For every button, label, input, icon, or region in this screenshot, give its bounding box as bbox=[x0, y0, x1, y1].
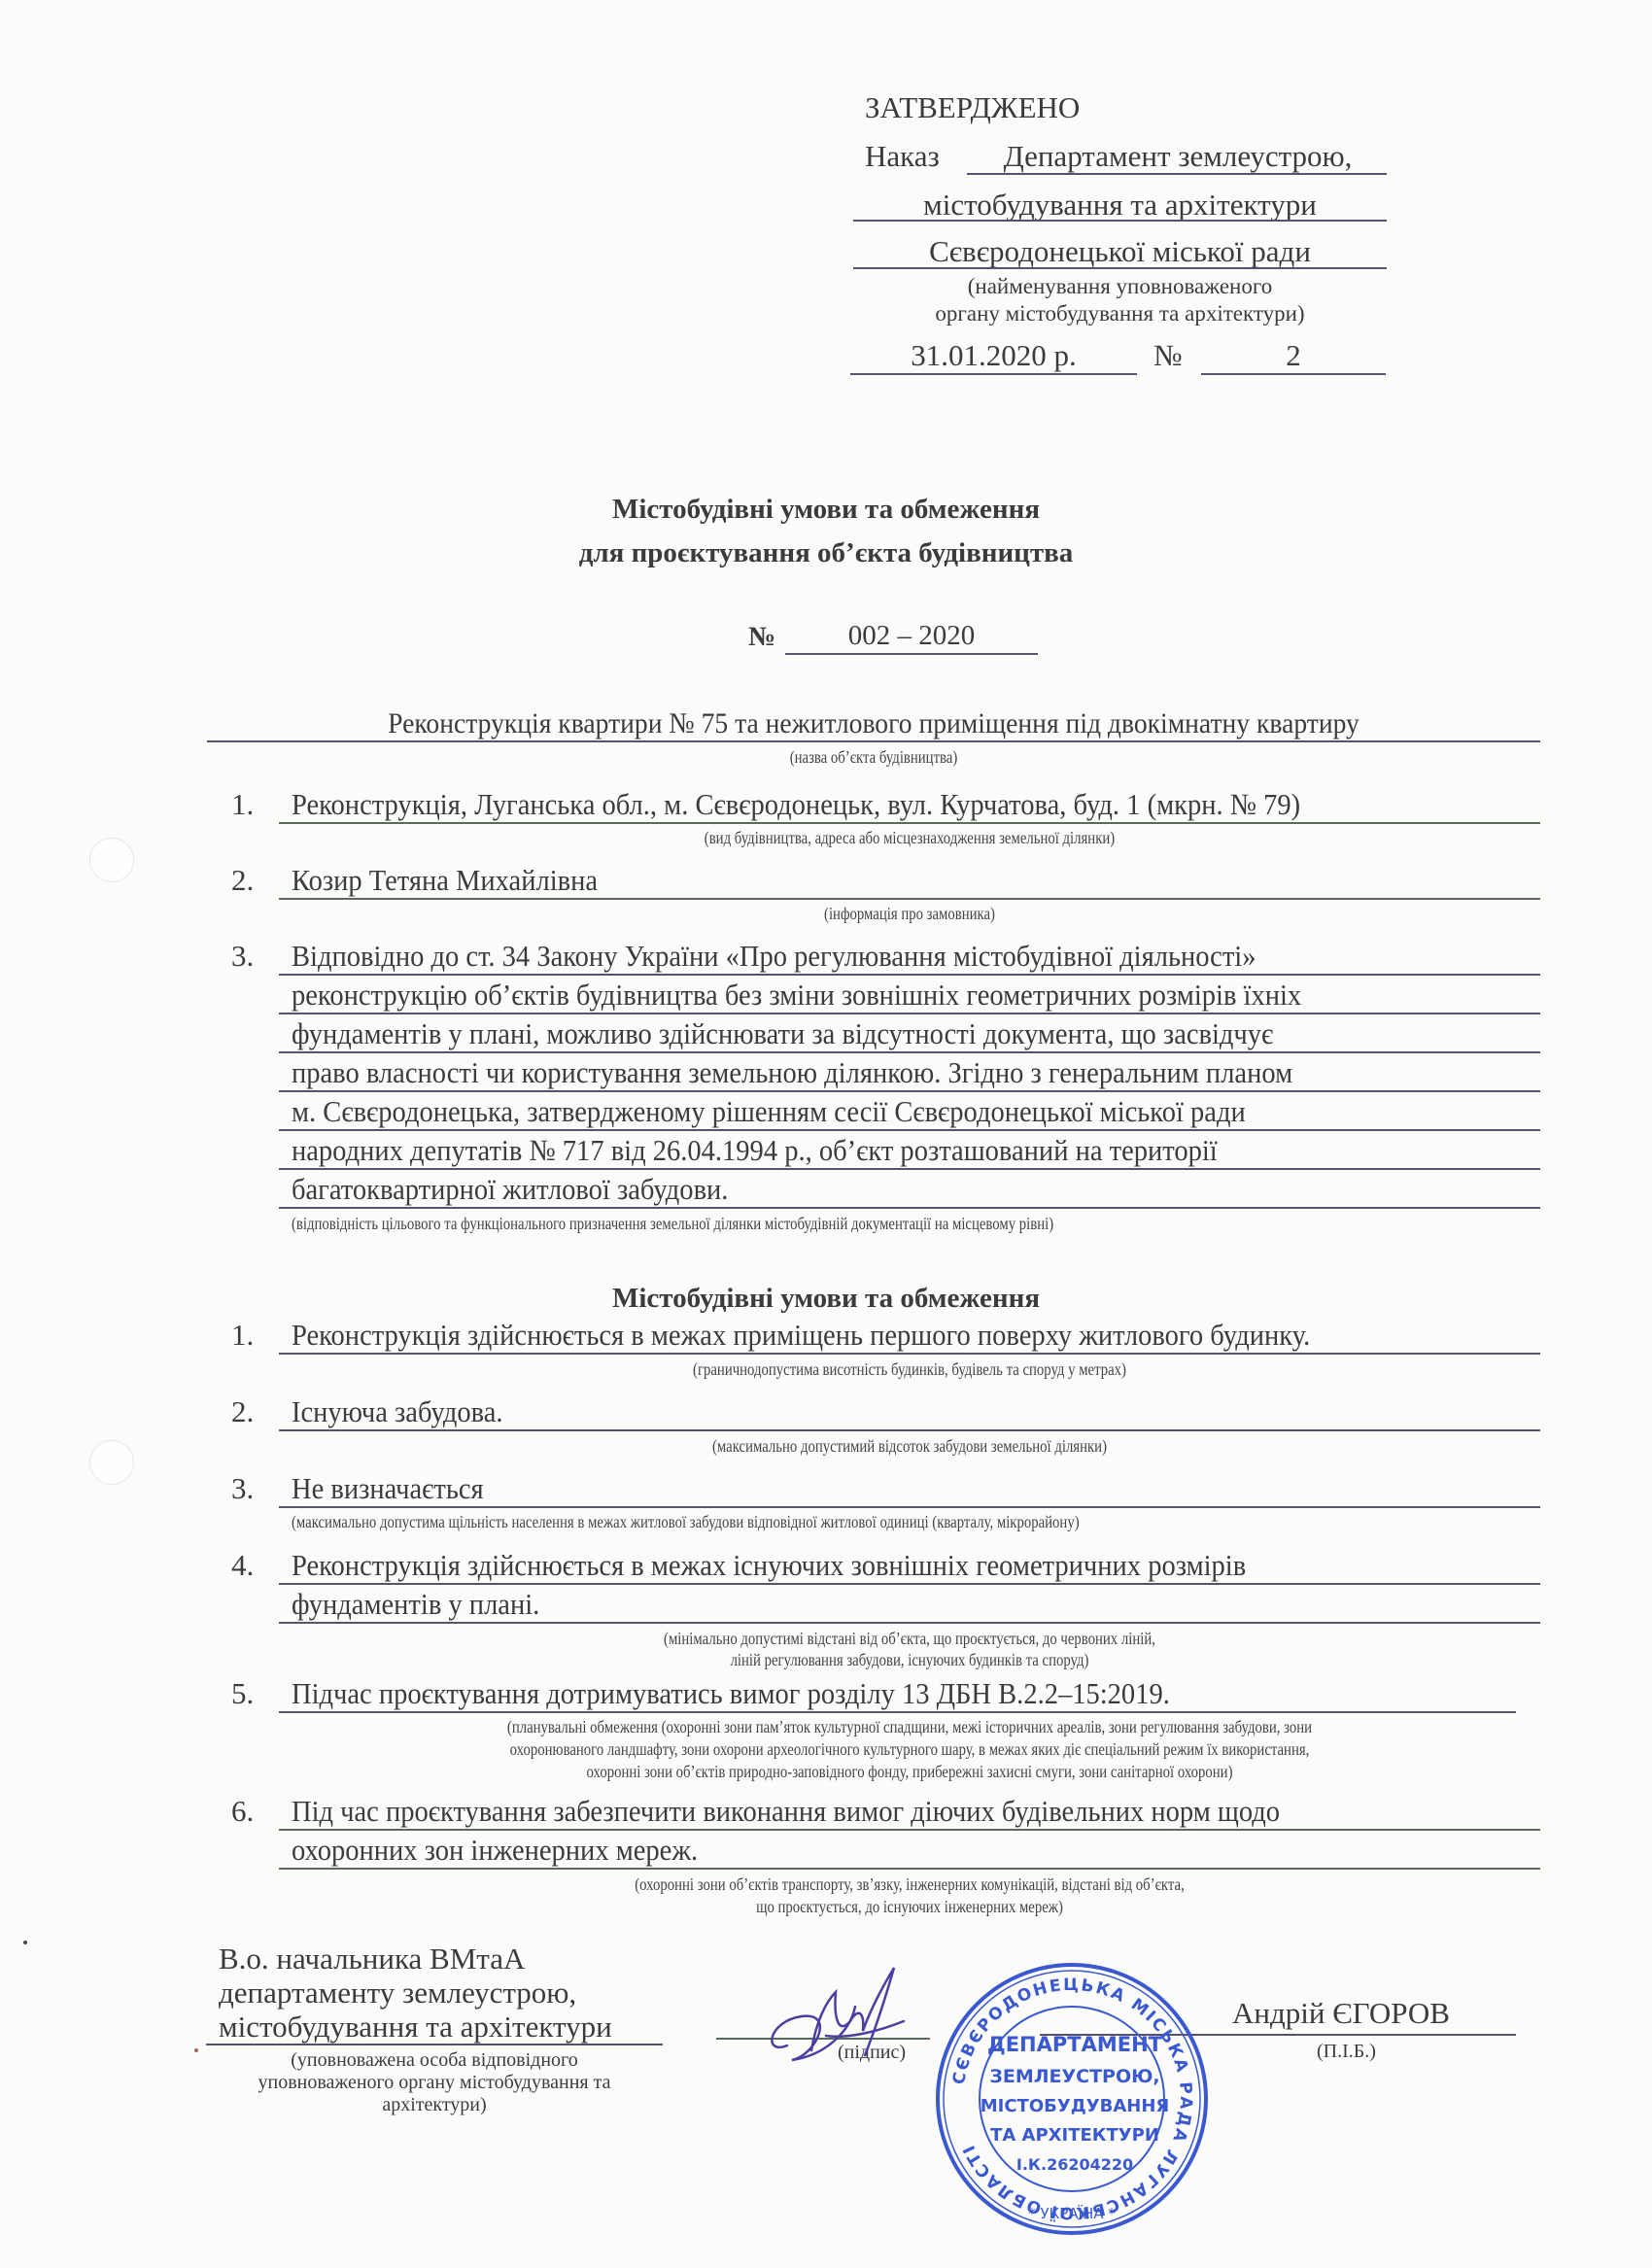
title-line-1: Містобудівні умови та обмеження bbox=[0, 496, 1652, 524]
signatory-position-line-1: В.о. начальника ВМтаА bbox=[219, 1943, 525, 1974]
condition-underline bbox=[279, 1506, 1540, 1508]
position-hint-3: архітектури) bbox=[206, 2095, 663, 2114]
item-text-line: Реконструкція, Луганська обл., м. Сєвєро… bbox=[292, 789, 1300, 819]
speck bbox=[23, 1941, 27, 1944]
condition-hint: (мінімально допустимі відстані від об’єк… bbox=[393, 1630, 1427, 1647]
item-number: 3. bbox=[231, 941, 254, 971]
item-text-line: Козир Тетяна Михайлівна bbox=[292, 865, 598, 895]
signature-icon bbox=[758, 1963, 923, 2070]
order-label: Наказ bbox=[865, 141, 940, 171]
condition-hint: (граничнодопустима висотність будинків, … bbox=[393, 1360, 1427, 1378]
item-text-line: народних депутатів № 717 від 26.04.1994 … bbox=[292, 1135, 1218, 1165]
item-underline bbox=[279, 898, 1540, 900]
speck bbox=[194, 2048, 198, 2052]
condition-underline bbox=[279, 1429, 1540, 1431]
condition-underline bbox=[279, 1583, 1540, 1585]
condition-text-line: фундаментів у плані. bbox=[292, 1589, 539, 1619]
punch-hole bbox=[89, 1440, 134, 1485]
condition-underline bbox=[279, 1711, 1516, 1713]
signatory-position-line-2: департаменту землеустрою, bbox=[219, 1977, 576, 2008]
condition-number: 5. bbox=[231, 1678, 254, 1708]
title-number-label: № bbox=[748, 624, 775, 651]
item-hint: (інформація про замовника) bbox=[393, 905, 1427, 922]
condition-hint: (максимально допустимий відсоток забудов… bbox=[393, 1437, 1427, 1455]
condition-hint: що проєктується, до існуючих інженерних … bbox=[393, 1898, 1427, 1915]
approval-number-label: № bbox=[1153, 340, 1183, 370]
item-underline bbox=[279, 1168, 1540, 1170]
object-name-hint: (назва об’єкта будівництва) bbox=[327, 748, 1420, 766]
item-underline bbox=[279, 822, 1540, 824]
date-underline bbox=[850, 373, 1137, 375]
item-text-line: право власності чи користування земельно… bbox=[292, 1057, 1292, 1087]
condition-underline bbox=[279, 1868, 1540, 1870]
stamp-icon: СЄВЄРОДОНЕЦЬКА МІСЬКА РАДА ЛУГАНСЬКОЇ ОБ… bbox=[931, 1958, 1213, 2240]
condition-number: 4. bbox=[231, 1550, 254, 1580]
title-number-underline bbox=[785, 653, 1038, 655]
signatory-position-line-3: містобудування та архітектури bbox=[219, 2011, 612, 2042]
condition-hint: охоронні зони об’єктів природно-заповідн… bbox=[393, 1763, 1427, 1780]
approval-heading: ЗАТВЕРДЖЕНО bbox=[865, 92, 1080, 122]
item-text-line: фундаментів у плані, можливо здійснювати… bbox=[292, 1018, 1273, 1048]
svg-text:І.К.26204220: І.К.26204220 bbox=[1016, 2155, 1133, 2174]
conditions-heading: Містобудівні умови та обмеження bbox=[0, 1285, 1652, 1313]
condition-text-line: Реконструкція здійснюється в межах примі… bbox=[292, 1320, 1310, 1350]
item-number: 1. bbox=[231, 789, 254, 819]
item-underline bbox=[279, 1051, 1540, 1053]
object-name-underline bbox=[207, 740, 1540, 742]
position-hint-2: уповноваженого органу містобудування та bbox=[206, 2073, 663, 2092]
condition-text-line: Реконструкція здійснюється в межах існую… bbox=[292, 1550, 1246, 1580]
item-text-line: м. Сєвєродонецька, затвердженому рішення… bbox=[292, 1096, 1246, 1126]
condition-number: 1. bbox=[231, 1320, 254, 1350]
condition-underline bbox=[279, 1829, 1540, 1831]
svg-text:ТА АРХІТЕКТУРИ: ТА АРХІТЕКТУРИ bbox=[990, 2125, 1159, 2146]
authority-underline-3 bbox=[853, 267, 1387, 269]
authority-hint-2: органу містобудування та архітектури) bbox=[853, 302, 1387, 325]
condition-hint: охоронюваного ландшафту, зони охорони ар… bbox=[393, 1740, 1427, 1758]
condition-hint: (планувальні обмеження (охоронні зони па… bbox=[393, 1718, 1427, 1735]
authority-hint-1: (найменування уповноваженого bbox=[853, 275, 1387, 297]
condition-hint: (охоронні зони об’єктів транспорту, зв’я… bbox=[393, 1875, 1427, 1893]
svg-text:ЗЕМЛЕУСТРОЮ,: ЗЕМЛЕУСТРОЮ, bbox=[989, 2066, 1159, 2087]
item-underline bbox=[279, 974, 1540, 976]
item-text-line: реконструкцію об’єктів будівництва без з… bbox=[292, 979, 1301, 1010]
item-underline bbox=[279, 1129, 1540, 1131]
approval-date: 31.01.2020 р. bbox=[850, 340, 1137, 370]
item-text-line: багатоквартирної житлової забудови. bbox=[292, 1174, 728, 1204]
svg-text:МІСТОБУДУВАННЯ: МІСТОБУДУВАННЯ bbox=[981, 2096, 1170, 2116]
number-underline bbox=[1201, 373, 1386, 375]
condition-hint: ліній регулювання забудови, існуючих буд… bbox=[393, 1651, 1427, 1668]
condition-underline bbox=[279, 1353, 1540, 1355]
name-hint: (П.І.Б.) bbox=[1317, 2042, 1376, 2061]
item-number: 2. bbox=[231, 865, 254, 895]
item-underline bbox=[279, 1207, 1540, 1209]
item-hint: (вид будівництва, адреса або місцезнаход… bbox=[393, 829, 1427, 846]
condition-number: 2. bbox=[231, 1396, 254, 1426]
condition-text-line: Під час проєктування забезпечити виконан… bbox=[292, 1796, 1280, 1826]
item-text-line: Відповідно до ст. 34 Закону України «Про… bbox=[292, 941, 1256, 971]
condition-text-line: Існуюча забудова. bbox=[292, 1396, 502, 1426]
official-stamp: СЄВЄРОДОНЕЦЬКА МІСЬКА РАДА ЛУГАНСЬКОЇ ОБ… bbox=[931, 1958, 1213, 2240]
punch-hole bbox=[89, 838, 134, 882]
authority-line-3: Сєвєродонецької міської ради bbox=[853, 236, 1387, 266]
svg-text:* УКРАЇНА *: * УКРАЇНА * bbox=[1028, 2204, 1116, 2222]
condition-underline bbox=[279, 1622, 1540, 1624]
item-hint: (відповідність цільового та функціональн… bbox=[292, 1215, 1053, 1232]
authority-line-2: містобудування та архітектури bbox=[853, 189, 1387, 220]
condition-text-line: охоронних зон інженерних мереж. bbox=[292, 1835, 698, 1865]
authority-underline-2 bbox=[853, 220, 1387, 222]
condition-number: 6. bbox=[231, 1796, 254, 1826]
approval-number: 2 bbox=[1201, 340, 1386, 370]
handwritten-signature bbox=[758, 1963, 923, 2070]
svg-text:ДЕПАРТАМЕНТ: ДЕПАРТАМЕНТ bbox=[987, 2033, 1163, 2056]
position-hint-1: (уповноважена особа відповідного bbox=[206, 2050, 663, 2070]
condition-hint: (максимально допустима щільність населен… bbox=[292, 1513, 1080, 1530]
position-underline bbox=[206, 2044, 663, 2045]
signatory-name: Андрій ЄГОРОВ bbox=[1232, 1998, 1450, 2028]
item-underline bbox=[279, 1013, 1540, 1014]
title-number: 002 – 2020 bbox=[785, 622, 1038, 650]
condition-number: 3. bbox=[231, 1473, 254, 1503]
condition-text-line: Підчас проєктування дотримуватись вимог … bbox=[292, 1678, 1170, 1708]
object-name: Реконструкція квартири № 75 та нежитлово… bbox=[260, 709, 1487, 739]
title-line-2: для проєктування об’єкта будівництва bbox=[0, 539, 1652, 567]
condition-text-line: Не визначається bbox=[292, 1473, 484, 1503]
item-underline bbox=[279, 1090, 1540, 1092]
authority-underline-1 bbox=[967, 173, 1387, 175]
authority-line-1: Департамент землеустрою, bbox=[969, 141, 1387, 171]
